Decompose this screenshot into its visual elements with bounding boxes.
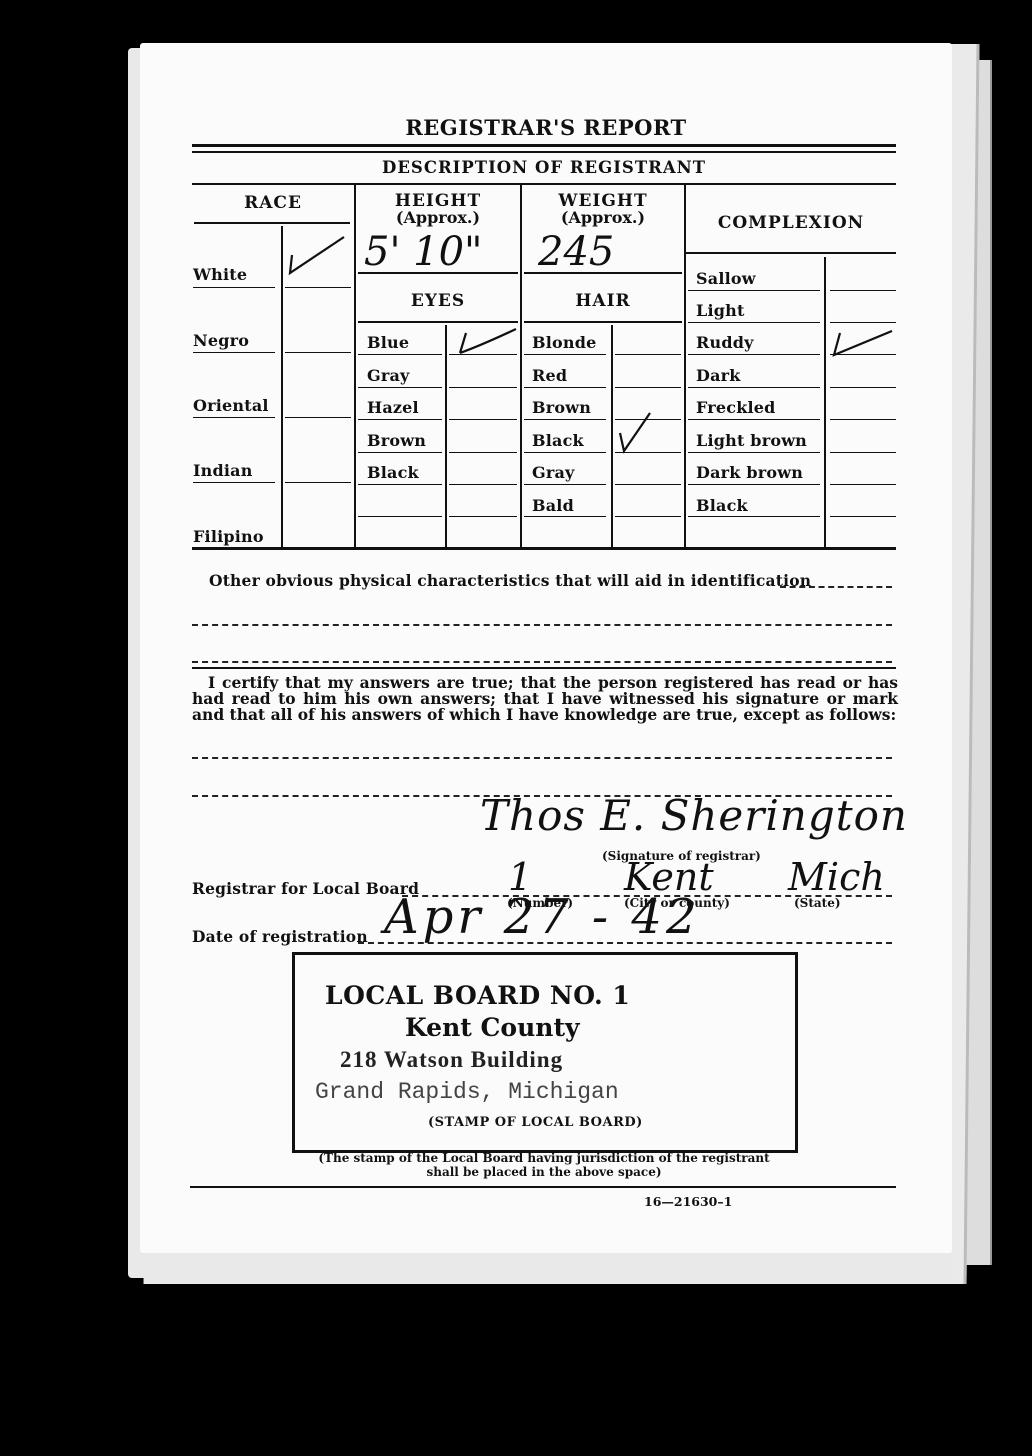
column-divider bbox=[520, 185, 522, 547]
rule bbox=[688, 354, 820, 355]
complexion-check-cell[interactable] bbox=[830, 452, 896, 453]
hair-option-gray: Gray bbox=[532, 463, 575, 482]
rule bbox=[524, 321, 682, 323]
stamp-line-3: 218 Watson Building bbox=[340, 1047, 563, 1073]
race-option-indian: Indian bbox=[193, 461, 253, 480]
column-divider bbox=[824, 257, 826, 547]
rule bbox=[358, 272, 518, 274]
rule bbox=[524, 387, 606, 388]
column-divider bbox=[611, 325, 613, 547]
rule bbox=[688, 516, 820, 517]
exceptions-field[interactable] bbox=[192, 757, 892, 759]
eyes-check-cell[interactable] bbox=[449, 387, 517, 388]
eyes-check-cell[interactable] bbox=[449, 419, 517, 420]
race-check-cell[interactable] bbox=[285, 352, 351, 353]
column-divider bbox=[281, 226, 283, 547]
height-value[interactable]: 5' 10" bbox=[364, 229, 482, 275]
complexion-option-dark-brown: Dark brown bbox=[696, 463, 803, 482]
rule bbox=[524, 354, 606, 355]
rule bbox=[524, 272, 682, 274]
rule bbox=[688, 322, 820, 323]
rule bbox=[358, 419, 442, 420]
rule bbox=[686, 252, 896, 254]
stamp-line-4: Grand Rapids, Michigan bbox=[315, 1079, 619, 1105]
rule bbox=[524, 419, 606, 420]
complexion-check-cell[interactable] bbox=[830, 484, 896, 485]
complexion-check-cell[interactable] bbox=[830, 516, 896, 517]
complexion-option-dark: Dark bbox=[696, 366, 741, 385]
checkmark-icon bbox=[286, 233, 348, 287]
complexion-check-cell[interactable] bbox=[830, 419, 896, 420]
state-caption: (State) bbox=[794, 896, 841, 910]
rule bbox=[524, 452, 606, 453]
local-board-state[interactable]: Mich bbox=[788, 855, 885, 899]
rule bbox=[358, 387, 442, 388]
race-header: RACE bbox=[192, 193, 354, 213]
complexion-option-light: Light bbox=[696, 301, 745, 320]
complexion-option-freckled: Freckled bbox=[696, 398, 776, 417]
local-board-stamp: LOCAL BOARD NO. 1 Kent County 218 Watson… bbox=[292, 952, 798, 1153]
hair-option-black: Black bbox=[532, 431, 584, 450]
complexion-option-black: Black bbox=[696, 496, 748, 515]
rule bbox=[358, 354, 442, 355]
rule bbox=[524, 516, 606, 517]
rule bbox=[358, 516, 442, 517]
hair-header: HAIR bbox=[522, 291, 684, 311]
checkmark-icon bbox=[452, 327, 522, 361]
divider bbox=[192, 144, 896, 147]
column-divider bbox=[354, 185, 356, 547]
rule bbox=[688, 419, 820, 420]
hair-option-blonde: Blonde bbox=[532, 333, 596, 352]
rule bbox=[358, 452, 442, 453]
hair-check-cell[interactable] bbox=[615, 516, 681, 517]
other-characteristics-field[interactable] bbox=[780, 586, 892, 588]
rule bbox=[688, 484, 820, 485]
race-option-oriental: Oriental bbox=[193, 396, 269, 415]
complexion-check-cell[interactable] bbox=[830, 387, 896, 388]
stamp-line-1: LOCAL BOARD NO. 1 bbox=[325, 981, 630, 1010]
other-characteristics-field[interactable] bbox=[192, 661, 892, 663]
eyes-option-hazel: Hazel bbox=[367, 398, 419, 417]
other-characteristics-label: Other obvious physical characteristics t… bbox=[209, 571, 811, 590]
rule bbox=[358, 321, 518, 323]
column-divider bbox=[445, 325, 447, 547]
stamp-note: shall be placed in the above space) bbox=[290, 1165, 798, 1179]
hair-check-cell[interactable] bbox=[615, 354, 681, 355]
complexion-check-cell[interactable] bbox=[830, 290, 896, 291]
rule bbox=[193, 417, 275, 418]
race-check-cell[interactable] bbox=[285, 482, 351, 483]
column-divider bbox=[684, 185, 686, 547]
race-option-white: White bbox=[193, 265, 247, 284]
eyes-option-blue: Blue bbox=[367, 333, 409, 352]
registrar-report-card: REGISTRAR'S REPORT DESCRIPTION OF REGIST… bbox=[140, 43, 952, 1253]
hair-option-red: Red bbox=[532, 366, 567, 385]
rule bbox=[688, 387, 820, 388]
stamp-caption: (STAMP OF LOCAL BOARD) bbox=[428, 1115, 643, 1130]
hair-check-cell[interactable] bbox=[615, 484, 681, 485]
complexion-option-ruddy: Ruddy bbox=[696, 333, 754, 352]
divider bbox=[192, 151, 896, 153]
document-title: REGISTRAR'S REPORT bbox=[140, 115, 952, 140]
complexion-option-light-brown: Light brown bbox=[696, 431, 807, 450]
complexion-option-sallow: Sallow bbox=[696, 269, 756, 288]
rule bbox=[688, 290, 820, 291]
rule bbox=[194, 222, 350, 224]
registrar-signature[interactable]: Thos E. Sherington bbox=[480, 791, 908, 840]
divider bbox=[190, 1186, 896, 1188]
hair-check-cell[interactable] bbox=[615, 387, 681, 388]
certification-text: I certify that my answers are true; that… bbox=[192, 675, 898, 723]
divider bbox=[192, 547, 896, 550]
date-of-registration-value[interactable]: Apr 27 - 42 bbox=[384, 889, 700, 945]
race-option-filipino: Filipino bbox=[193, 527, 264, 546]
section-title: DESCRIPTION OF REGISTRANT bbox=[192, 158, 896, 177]
divider bbox=[192, 667, 896, 669]
stamp-line-2: Kent County bbox=[405, 1013, 580, 1042]
other-characteristics-field[interactable] bbox=[192, 624, 892, 626]
date-of-registration-label: Date of registration bbox=[192, 927, 368, 946]
checkmark-icon bbox=[618, 413, 658, 457]
weight-value[interactable]: 245 bbox=[538, 229, 614, 275]
rule bbox=[358, 484, 442, 485]
stamp-note: (The stamp of the Local Board having jur… bbox=[290, 1151, 798, 1165]
eyes-header: EYES bbox=[356, 291, 520, 311]
hair-option-bald: Bald bbox=[532, 496, 574, 515]
weight-sub: (Approx.) bbox=[522, 208, 684, 227]
rule bbox=[193, 352, 275, 353]
eyes-option-black: Black bbox=[367, 463, 419, 482]
eyes-check-cell[interactable] bbox=[449, 516, 517, 517]
checkmark-icon bbox=[830, 323, 900, 363]
hair-option-brown: Brown bbox=[532, 398, 591, 417]
race-check-cell[interactable] bbox=[285, 417, 351, 418]
form-number: 16—21630–1 bbox=[644, 1194, 732, 1209]
rule bbox=[524, 484, 606, 485]
eyes-option-gray: Gray bbox=[367, 366, 410, 385]
rule bbox=[193, 287, 275, 288]
eyes-option-brown: Brown bbox=[367, 431, 426, 450]
race-option-negro: Negro bbox=[193, 331, 249, 350]
rule bbox=[688, 452, 820, 453]
divider bbox=[192, 183, 896, 185]
complexion-header: COMPLEXION bbox=[686, 213, 896, 233]
height-sub: (Approx.) bbox=[356, 208, 520, 227]
race-check-cell[interactable] bbox=[285, 287, 351, 288]
rule bbox=[193, 482, 275, 483]
eyes-check-cell[interactable] bbox=[449, 452, 517, 453]
eyes-check-cell[interactable] bbox=[449, 484, 517, 485]
